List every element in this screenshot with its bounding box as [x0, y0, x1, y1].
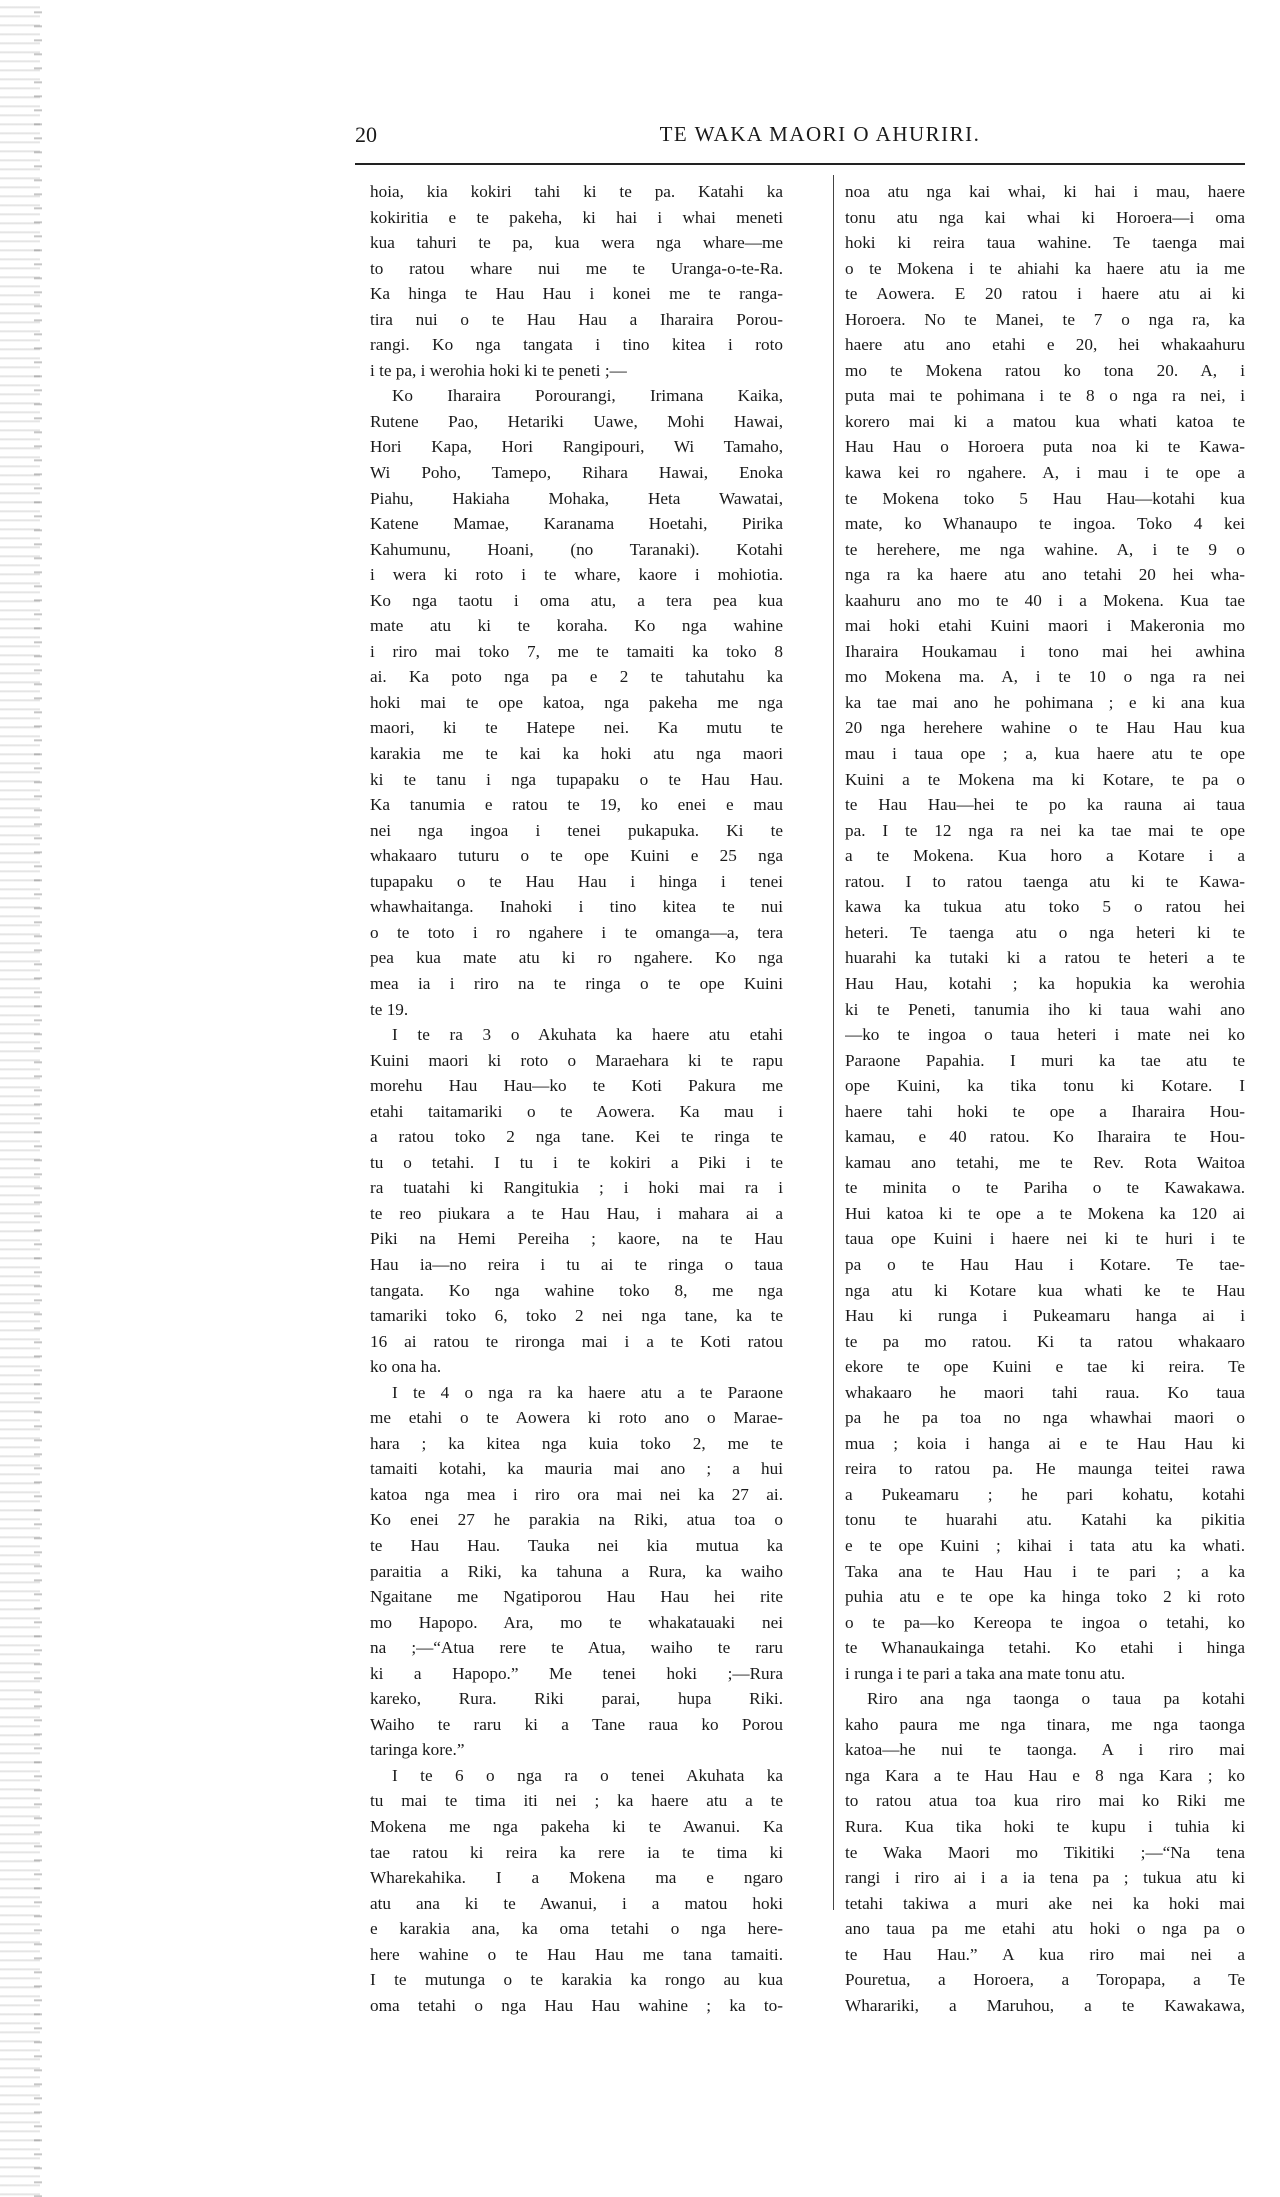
text-line: Rura. Kua tika hoki te kupu i tuhia ki [845, 1814, 1245, 1840]
text-line: Hui katoa ki te ope a te Mokena ka 120 a… [845, 1201, 1245, 1227]
text-line: pea kua mate atu ki ro ngahere. Ko nga [370, 945, 783, 971]
text-line: a te Mokena. Kua horo a Kotare i a [845, 843, 1245, 869]
text-line: i runga i te pari a taka ana mate tonu a… [845, 1661, 1245, 1687]
text-line: te minita o te Pariha o te Kawakawa. [845, 1175, 1245, 1201]
text-line: mai hoki etahi Kuini maori i Makeronia m… [845, 613, 1245, 639]
text-line: hoki mai te ope katoa, nga pakeha me nga [370, 690, 783, 716]
text-line: etahi taitamariki o te Aowera. Ka mau i [370, 1099, 783, 1125]
text-line: kawa kei ro ngahere. A, i mau i te ope a [845, 460, 1245, 486]
text-line: Hau Hau o Horoera puta noa ki te Kawa- [845, 434, 1245, 460]
text-line: to ratou whare nui me te Uranga-o-te-Ra. [370, 256, 783, 282]
text-line: katoa nga mea i riro ora mai nei ka 27 a… [370, 1482, 783, 1508]
text-line: Pouretua, a Horoera, a Toropapa, a Te [845, 1967, 1245, 1993]
text-line: tamaiti kotahi, ka mauria mai ano ; a hu… [370, 1456, 783, 1482]
page-header: 20 TE WAKA MAORI O AHURIRI. [355, 118, 1245, 158]
text-line: Kuini a te Mokena ma ki Kotare, te pa o [845, 767, 1245, 793]
text-line: te reo piukara a te Hau Hau, i mahara ai… [370, 1201, 783, 1227]
text-line: kareko, Rura. Riki parai, hupa Riki. [370, 1686, 783, 1712]
text-line: mo te Mokena ratou ko tona 20. A, i [845, 358, 1245, 384]
text-line: —ko te ingoa o taua heteri i mate nei ko [845, 1022, 1245, 1048]
text-line: ai. Ka poto nga pa e 2 te tahutahu ka [370, 664, 783, 690]
text-line: taringa kore.” [370, 1737, 783, 1763]
text-line: Ngaitane me Ngatiporou Hau Hau hei rite [370, 1584, 783, 1610]
text-line: o te toto i ro ngahere i te omanga—a, te… [370, 920, 783, 946]
text-line: na ;—“Atua rere te Atua, waiho te raru [370, 1635, 783, 1661]
text-line: kaahuru ano mo te 40 i a Mokena. Kua tae [845, 588, 1245, 614]
text-line: Wharariki, a Maruhou, a te Kawakawa, [845, 1993, 1245, 2019]
text-line: korero mai ki a matou kua whati katoa te [845, 409, 1245, 435]
text-line: mo Mokena ma. A, i te 10 o nga ra nei [845, 664, 1245, 690]
text-line: haere tahi hoki te ope a Iharaira Hou- [845, 1099, 1245, 1125]
text-line: Hori Kapa, Hori Rangipouri, Wi Tamaho, [370, 434, 783, 460]
text-line: I te 4 o nga ra ka haere atu a te Paraon… [370, 1380, 783, 1406]
text-line: morehu Hau Hau—ko te Koti Pakura me [370, 1073, 783, 1099]
text-line: te Hau Hau.” A kua riro mai nei a [845, 1942, 1245, 1968]
text-line: mua ; koia i hanga ai e te Hau Hau ki [845, 1431, 1245, 1457]
text-line: Ko nga taotu i oma atu, a tera pea kua [370, 588, 783, 614]
text-line: mo Hapopo. Ara, mo te whakatauaki nei [370, 1610, 783, 1636]
text-line: tamariki toko 6, toko 2 nei nga tane, ka… [370, 1303, 783, 1329]
text-line: ekore te ope Kuini e tae ki reira. Te [845, 1354, 1245, 1380]
text-line: ano taua pa me etahi atu hoki o nga pa o [845, 1916, 1245, 1942]
text-line: tupapaku o te Hau Hau i hinga i tenei [370, 869, 783, 895]
text-line: Katene Mamae, Karanama Hoetahi, Pirika [370, 511, 783, 537]
text-line: 20 nga herehere wahine o te Hau Hau kua [845, 715, 1245, 741]
text-line: e karakia ana, ka oma tetahi o nga here- [370, 1916, 783, 1942]
text-line: reira to ratou pa. He maunga teitei rawa [845, 1456, 1245, 1482]
text-line: Wi Poho, Tamepo, Rihara Hawai, Enoka [370, 460, 783, 486]
text-line: Horoera. No te Manei, te 7 o nga ra, ka [845, 307, 1245, 333]
text-line: katoa—he nui te taonga. A i riro mai [845, 1737, 1245, 1763]
publication-title: TE WAKA MAORI O AHURIRI. [355, 122, 1245, 147]
text-line: e te ope Kuini ; kihai i tata atu ka wha… [845, 1533, 1245, 1559]
text-line: Kuini maori ki roto o Maraehara ki te ra… [370, 1048, 783, 1074]
text-line: Hau ia—no reira i tu ai te ringa o taua [370, 1252, 783, 1278]
text-line: kua tahuri te pa, kua wera nga whare—me [370, 230, 783, 256]
text-line: oma tetahi o nga Hau Hau wahine ; ka to- [370, 1993, 783, 2019]
text-line: karakia me te kai ka hoki atu nga maori [370, 741, 783, 767]
text-line: nga Kara a te Hau Hau e 8 nga Kara ; ko [845, 1763, 1245, 1789]
text-line: ki te Peneti, tanumia iho ki taua wahi a… [845, 997, 1245, 1023]
text-line: Waiho te raru ki a Tane raua ko Porou [370, 1712, 783, 1738]
text-line: o te pa—ko Kereopa te ingoa o tetahi, ko [845, 1610, 1245, 1636]
text-line: noa atu nga kai whai, ki hai i mau, haer… [845, 179, 1245, 205]
text-line: hara ; ka kitea nga kuia toko 2, me te [370, 1431, 783, 1457]
text-line: Riro ana nga taonga o taua pa kotahi [845, 1686, 1245, 1712]
text-line: atu ana ki te Awanui, i a matou hoki [370, 1891, 783, 1917]
text-line: ki te tanu i nga tupapaku o te Hau Hau. [370, 767, 783, 793]
text-line: kawa ka tukua atu toko 5 o ratou hei [845, 894, 1245, 920]
text-line: te pa mo ratou. Ki ta ratou whakaaro [845, 1329, 1245, 1355]
text-line: tae ratou ki reira ka rere ia te tima ki [370, 1840, 783, 1866]
text-line: Mokena me nga pakeha ki te Awanui. Ka [370, 1814, 783, 1840]
text-line: pa. I te 12 nga ra nei ka tae mai te ope [845, 818, 1245, 844]
text-line: ki a Hapopo.” Me tenei hoki ;—Rura [370, 1661, 783, 1687]
text-line: pa o te Hau Hau i Kotare. Te tae- [845, 1252, 1245, 1278]
text-line: mate atu ki te koraha. Ko nga wahine [370, 613, 783, 639]
text-line: te Aowera. E 20 ratou i haere atu ai ki [845, 281, 1245, 307]
text-line: Piahu, Hakiaha Mohaka, Heta Wawatai, [370, 486, 783, 512]
text-line: tonu atu nga kai whai ki Horoera—i oma [845, 205, 1245, 231]
text-line: 16 ai ratou te rironga mai i a te Koti r… [370, 1329, 783, 1355]
text-line: nei nga ingoa i tenei pukapuka. Ki te [370, 818, 783, 844]
text-line: ope Kuini, ka tika tonu ki Kotare. I [845, 1073, 1245, 1099]
text-line: Ka hinga te Hau Hau i konei me te ranga- [370, 281, 783, 307]
text-line: taua ope Kuini i haere nei ki te huri i … [845, 1226, 1245, 1252]
text-line: Rutene Pao, Hetariki Uawe, Mohi Hawai, [370, 409, 783, 435]
text-line: te Hau Hau—hei te po ka rauna ai taua [845, 792, 1245, 818]
text-line: te herehere, me nga wahine. A, i te 9 o [845, 537, 1245, 563]
text-line: pa he pa toa no nga whawhai maori o [845, 1405, 1245, 1431]
text-line: a ratou toko 2 nga tane. Kei te ringa te [370, 1124, 783, 1150]
text-line: te Mokena toko 5 Hau Hau—kotahi kua [845, 486, 1245, 512]
text-line: mau i taua ope ; a, kua haere atu te ope [845, 741, 1245, 767]
text-line: whakaaro he maori tahi raua. Ko taua [845, 1380, 1245, 1406]
text-line: i te pa, i werohia hoki ki te peneti ;— [370, 358, 783, 384]
text-line: Ka tanumia e ratou te 19, ko enei e mau [370, 792, 783, 818]
scan-binding-artifact [34, 0, 42, 2197]
text-line: kamau ano tetahi, me te Rev. Rota Waitoa [845, 1150, 1245, 1176]
column-divider [833, 175, 834, 1910]
text-line: I te 6 o nga ra o tenei Akuhata ka [370, 1763, 783, 1789]
text-line: Taka ana te Hau Hau i te pari ; a ka [845, 1559, 1245, 1585]
left-column: hoia, kia kokiri tahi ki te pa. Katahi k… [370, 179, 783, 2018]
text-line: i riro mai toko 7, me te tamaiti ka toko… [370, 639, 783, 665]
text-line: Wharekahika. I a Mokena ma e ngaro [370, 1865, 783, 1891]
text-line: mate, ko Whanaupo te ingoa. Toko 4 kei [845, 511, 1245, 537]
text-line: tu o tetahi. I tu i te kokiri a Piki i t… [370, 1150, 783, 1176]
text-line: paraitia a Riki, ka tahuna a Rura, ka wa… [370, 1559, 783, 1585]
text-line: rangi. Ko nga tangata i tino kitea i rot… [370, 332, 783, 358]
text-line: puhia atu e te ope ka hinga toko 2 ki ro… [845, 1584, 1245, 1610]
text-line: me etahi o te Aowera ki roto ano o Marae… [370, 1405, 783, 1431]
text-line: I te mutunga o te karakia ka rongo au ku… [370, 1967, 783, 1993]
text-line: whawhaitanga. Inahoki i tino kitea te nu… [370, 894, 783, 920]
text-line: a Pukeamaru ; he pari kohatu, kotahi [845, 1482, 1245, 1508]
text-line: mea ia i riro na te ringa o te ope Kuini [370, 971, 783, 997]
text-line: hoia, kia kokiri tahi ki te pa. Katahi k… [370, 179, 783, 205]
text-line: kaho paura me nga tinara, me nga taonga [845, 1712, 1245, 1738]
text-line: ko ona ha. [370, 1354, 783, 1380]
text-line: tonu te huarahi atu. Katahi ka pikitia [845, 1507, 1245, 1533]
text-line: to ratou atua toa kua riro mai ko Riki m… [845, 1788, 1245, 1814]
text-line: Ko enei 27 he parakia na Riki, atua toa … [370, 1507, 783, 1533]
text-line: here wahine o te Hau Hau me tana tamaiti… [370, 1942, 783, 1968]
text-line: hoki ki reira taua wahine. Te taenga mai [845, 230, 1245, 256]
right-column: noa atu nga kai whai, ki hai i mau, haer… [845, 179, 1245, 2018]
text-line: o te Mokena i te ahiahi ka haere atu ia … [845, 256, 1245, 282]
text-line: kamau, e 40 ratou. Ko Iharaira te Hou- [845, 1124, 1245, 1150]
text-line: te 19. [370, 997, 783, 1023]
text-line: ka tae mai ano he pohimana ; e ki ana ku… [845, 690, 1245, 716]
text-line: maori, ki te Hatepe nei. Ka mutu te [370, 715, 783, 741]
text-line: tetahi takiwa a muri ake nei ka hoki mai [845, 1891, 1245, 1917]
text-line: i wera ki roto i te whare, kaore i mohio… [370, 562, 783, 588]
text-line: Hau Hau, kotahi ; ka hopukia ka werohia [845, 971, 1245, 997]
text-line: kokiritia e te pakeha, ki hai i whai men… [370, 205, 783, 231]
text-line: tira nui o te Hau Hau a Iharaira Porou- [370, 307, 783, 333]
text-line: nga atu ki Kotare kua whati ke te Hau [845, 1278, 1245, 1304]
text-line: Piki na Hemi Pereiha ; kaore, na te Hau [370, 1226, 783, 1252]
header-rule [355, 163, 1245, 165]
text-line: I te ra 3 o Akuhata ka haere atu etahi [370, 1022, 783, 1048]
text-line: nga ra ka haere atu ano tetahi 20 hei wh… [845, 562, 1245, 588]
text-line: heteri. Te taenga atu o nga heteri ki te [845, 920, 1245, 946]
text-line: tu mai te tima iti nei ; ka haere atu a … [370, 1788, 783, 1814]
text-line: ra tuatahi ki Rangitukia ; i hoki mai ra… [370, 1175, 783, 1201]
text-line: Hau ki runga i Pukeamaru hanga ai i [845, 1303, 1245, 1329]
text-line: Ko Iharaira Porourangi, Irimana Kaika, [370, 383, 783, 409]
text-line: te Whanaukainga tetahi. Ko etahi i hinga [845, 1635, 1245, 1661]
text-line: haere atu ano etahi e 20, hei whakaahuru [845, 332, 1245, 358]
text-line: puta mai te pohimana i te 8 o nga ra nei… [845, 383, 1245, 409]
text-line: rangi i riro ai i a ia tena pa ; tukua a… [845, 1865, 1245, 1891]
text-line: huarahi ka tutaki ki a ratou te heteri a… [845, 945, 1245, 971]
text-line: ratou. I to ratou taenga atu ki te Kawa- [845, 869, 1245, 895]
text-line: te Waka Maori mo Tikitiki ;—“Na tena [845, 1840, 1245, 1866]
text-line: tangata. Ko nga wahine toko 8, me nga [370, 1278, 783, 1304]
text-line: Paraone Papahia. I muri ka tae atu te [845, 1048, 1245, 1074]
text-line: whakaaro tuturu o te ope Kuini e 25 nga [370, 843, 783, 869]
text-line: Iharaira Houkamau i tono mai hei awhina [845, 639, 1245, 665]
text-line: te Hau Hau. Tauka nei kia mutua ka [370, 1533, 783, 1559]
text-line: Kahumunu, Hoani, (no Taranaki). Kotahi [370, 537, 783, 563]
